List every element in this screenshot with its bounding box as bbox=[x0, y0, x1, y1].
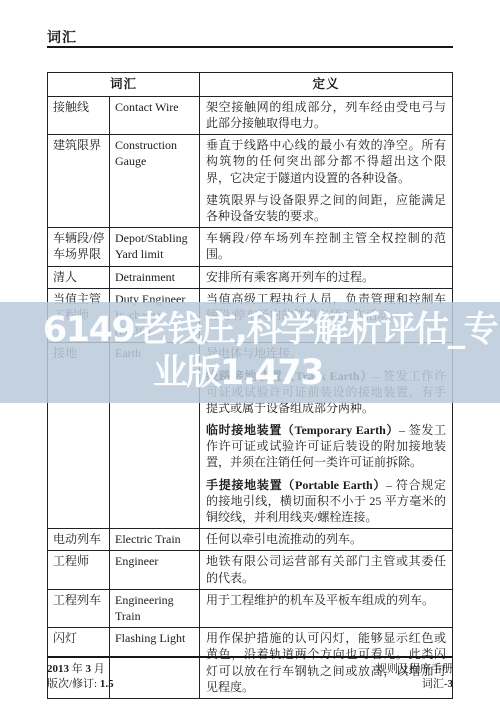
term-english: Construction Gauge bbox=[110, 135, 200, 228]
definition-paragraph: 任何以牵引电流推动的列车。 bbox=[206, 531, 446, 547]
footer-page-ref: 词汇-3 bbox=[376, 677, 453, 692]
definition-paragraph: 安排所有乘客离开列车的过程。 bbox=[206, 269, 446, 285]
footer-date-year-unit: 年 bbox=[72, 663, 83, 675]
table-header-row: 词汇 定义 bbox=[48, 73, 453, 97]
definition-paragraph: 垂直于线路中心线的最小有效的净空。所有构筑物的任何突出部分都不得超出这个限界，它… bbox=[206, 137, 446, 186]
term-english: Detrainment bbox=[110, 266, 200, 288]
page-title: 词汇 bbox=[47, 27, 77, 47]
glossary-row: 清人Detrainment安排所有乘客离开列车的过程。 bbox=[48, 266, 453, 288]
definition-paragraph: 地铁有限公司运营部有关部门主管或其委任的代表。 bbox=[206, 553, 446, 585]
term-english: Flashing Light bbox=[110, 628, 200, 699]
glossary-row: 接触线Contact Wire架空接触网的组成部分，列车经由受电弓与此部分接触取… bbox=[48, 96, 453, 134]
glossary-row: 工程师Engineer地铁有限公司运营部有关部门主管或其委任的代表。 bbox=[48, 551, 453, 589]
definition-cell: 地铁有限公司运营部有关部门主管或其委任的代表。 bbox=[200, 551, 453, 589]
definition-cell: 任何以牵引电流推动的列车。 bbox=[200, 529, 453, 551]
footer-date: 2013 年 3 月 bbox=[47, 662, 114, 677]
term-chinese: 接触线 bbox=[48, 96, 110, 134]
definition-cell: 车辆段/停车场列车控制主管全权控制的范围。 bbox=[200, 228, 453, 266]
term-chinese: 车辆段/停车场界限 bbox=[48, 228, 110, 266]
footer-date-year: 2013 bbox=[47, 663, 69, 675]
term-english: Engineer bbox=[110, 551, 200, 589]
definition-term-lead: 临时接地装置（Temporary Earth） bbox=[206, 423, 399, 437]
definition-paragraph: 建筑限界与设备限界之间的间距，应能满足各种设备安装的要求。 bbox=[206, 192, 446, 224]
footer-revision-label: 版次/修订: bbox=[47, 678, 97, 690]
footer-right: 规则及程序手册 词汇-3 bbox=[376, 662, 453, 693]
term-english: Electric Train bbox=[110, 529, 200, 551]
watermark-text-line2: 业版1.473 bbox=[153, 356, 323, 391]
footer-rule bbox=[47, 656, 453, 658]
footer-revision: 版次/修订: 1.5 bbox=[47, 677, 114, 692]
term-chinese: 工程列车 bbox=[48, 589, 110, 627]
footer-left: 2013 年 3 月 版次/修订: 1.5 bbox=[47, 662, 114, 693]
definition-term-lead: 手提接地装置（Portable Earth） bbox=[206, 478, 386, 492]
definition-paragraph: 车辆段/停车场列车控制主管全权控制的范围。 bbox=[206, 230, 446, 262]
footer-revision-value: 1.5 bbox=[100, 678, 114, 690]
term-chinese: 清人 bbox=[48, 266, 110, 288]
glossary-row: 电动列车Electric Train任何以牵引电流推动的列车。 bbox=[48, 529, 453, 551]
column-header-term: 词汇 bbox=[48, 73, 200, 97]
footer-date-month-unit: 月 bbox=[94, 663, 105, 675]
header-rule bbox=[47, 46, 453, 48]
glossary-row: 车辆段/停车场界限Depot/Stabling Yard limit车辆段/停车… bbox=[48, 228, 453, 266]
definition-cell: 安排所有乘客离开列车的过程。 bbox=[200, 266, 453, 288]
glossary-row: 工程列车Engineering Train用于工程维护的机车及平板车组成的列车。 bbox=[48, 589, 453, 627]
term-english: Engineering Train bbox=[110, 589, 200, 627]
definition-paragraph: 临时接地装置（Temporary Earth）– 签发工作许可证或试验许可证后装… bbox=[206, 422, 446, 471]
footer-manual-title: 规则及程序手册 bbox=[376, 662, 453, 677]
definition-paragraph: 用于工程维护的机车及平板车组成的列车。 bbox=[206, 592, 446, 608]
definition-cell: 架空接触网的组成部分，列车经由受电弓与此部分接触取得电力。 bbox=[200, 96, 453, 134]
definition-cell: 垂直于线路中心线的最小有效的净空。所有构筑物的任何突出部分都不得超出这个限界，它… bbox=[200, 135, 453, 228]
column-header-definition: 定义 bbox=[200, 73, 453, 97]
footer-page-label: 词汇- bbox=[422, 678, 448, 690]
footer-page-number: 3 bbox=[448, 678, 454, 690]
definition-paragraph: 架空接触网的组成部分，列车经由受电弓与此部分接触取得电力。 bbox=[206, 99, 446, 131]
term-chinese: 工程师 bbox=[48, 551, 110, 589]
term-chinese: 建筑限界 bbox=[48, 135, 110, 228]
watermark-text-line1: 6149老钱庄,科学解析评估_专 bbox=[43, 313, 497, 348]
definition-cell: 用于工程维护的机车及平板车组成的列车。 bbox=[200, 589, 453, 627]
term-chinese: 电动列车 bbox=[48, 529, 110, 551]
term-english: Depot/Stabling Yard limit bbox=[110, 228, 200, 266]
document-page: 词汇 词汇 定义 接触线Contact Wire架空接触网的组成部分，列车经由受… bbox=[0, 0, 500, 707]
definition-paragraph: 手提接地装置（Portable Earth）– 符合规定的接地引线，横切面积不小… bbox=[206, 477, 446, 526]
footer-date-month: 3 bbox=[86, 663, 92, 675]
term-english: Contact Wire bbox=[110, 96, 200, 134]
glossary-row: 建筑限界Construction Gauge垂直于线路中心线的最小有效的净空。所… bbox=[48, 135, 453, 228]
